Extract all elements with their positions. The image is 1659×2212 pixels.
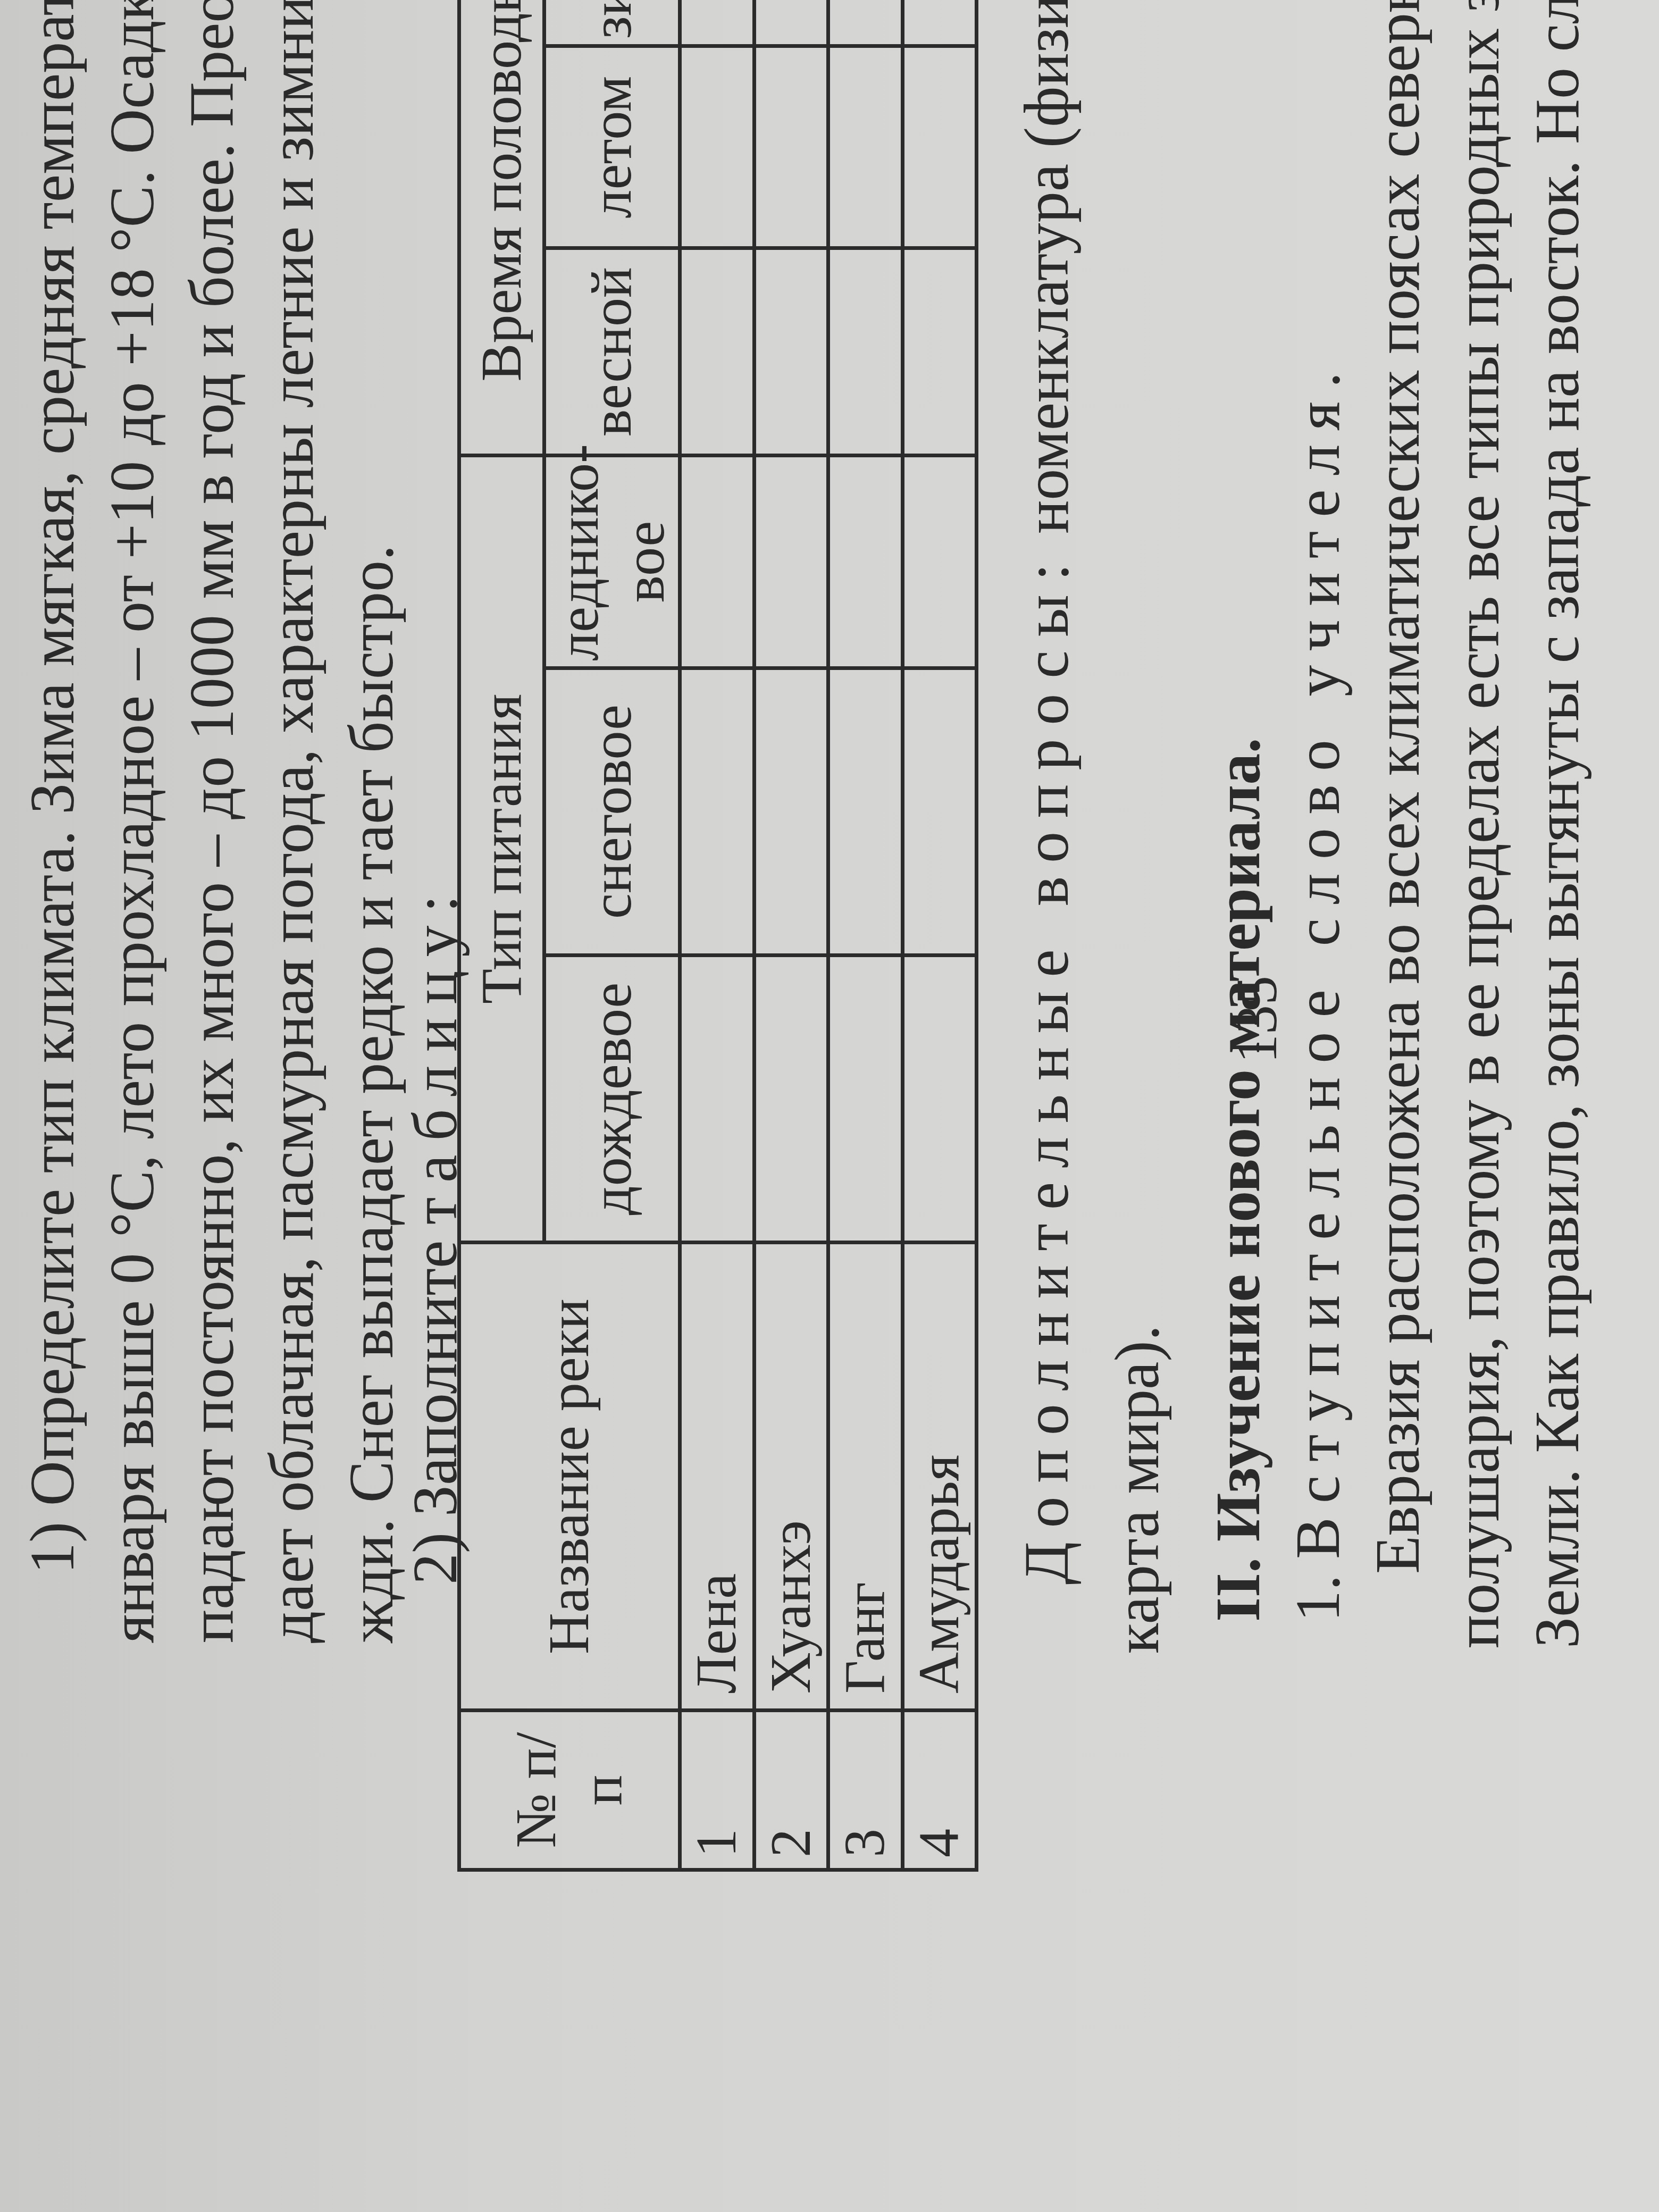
cell-summer[interactable] bbox=[680, 46, 755, 248]
header-feeding-type: Тип питания bbox=[459, 455, 544, 1242]
paragraph-line-3: Земли. Как правило, зоны вытянуты с запа… bbox=[1526, 0, 1589, 1648]
task1-line-4: дает облачная, пасмурная погода, характе… bbox=[261, 0, 323, 1643]
cell-snow[interactable] bbox=[754, 668, 828, 956]
header-flood-time: Время половодья bbox=[459, 0, 544, 455]
cell-spring[interactable] bbox=[902, 248, 977, 455]
cell-winter[interactable] bbox=[828, 0, 903, 46]
header-number: № п/п bbox=[459, 1711, 680, 1870]
textbook-page: 1) Определите тип климата. Зима мягкая, … bbox=[0, 0, 1659, 2212]
cell-summer[interactable] bbox=[902, 46, 977, 248]
cell-spring[interactable] bbox=[754, 248, 828, 455]
subheader-summer: летом bbox=[544, 46, 680, 248]
subsection-number: 1. bbox=[1283, 1575, 1353, 1622]
subheader-snow: снеговое bbox=[544, 668, 680, 956]
cell-rain[interactable] bbox=[754, 956, 828, 1243]
cell-glacier[interactable] bbox=[754, 455, 828, 668]
subheader-rain: дождевое bbox=[544, 956, 680, 1243]
task1-line-5: жди. Снег выпадает редко и тает быстро. bbox=[340, 544, 403, 1643]
subsection-title: Вступительное слово учителя. bbox=[1283, 358, 1353, 1559]
cell-winter[interactable] bbox=[680, 0, 755, 46]
row-number: 1 bbox=[680, 1711, 755, 1870]
cell-winter[interactable] bbox=[902, 0, 977, 46]
subheader-winter: зимой bbox=[544, 0, 680, 46]
page-photo: 1) Определите тип климата. Зима мягкая, … bbox=[0, 0, 1659, 2212]
extra-questions-label: Дополнительные вопросы: bbox=[1012, 549, 1082, 1585]
cell-snow[interactable] bbox=[828, 668, 903, 956]
header-river-name: Название реки bbox=[459, 1243, 680, 1711]
row-number: 3 bbox=[828, 1711, 903, 1870]
subheader-spring: весной bbox=[544, 248, 680, 455]
rivers-table: № п/п Название реки Тип питания Время по… bbox=[457, 0, 978, 1872]
section-heading: II. Изучение нового материала. bbox=[1207, 738, 1270, 1622]
row-number: 4 bbox=[902, 1711, 977, 1870]
cell-summer[interactable] bbox=[754, 46, 828, 248]
cell-spring[interactable] bbox=[828, 248, 903, 455]
task1-line-1: 1) Определите тип климата. Зима мягкая, … bbox=[21, 0, 84, 1574]
table-row: 2 Хуанхэ bbox=[754, 0, 828, 1870]
table-row: 1 Лена bbox=[680, 0, 755, 1870]
river-name: Амударья bbox=[902, 1243, 977, 1711]
extra-questions-line: Дополнительные вопросы: номенклатура (фи… bbox=[1016, 0, 1078, 1585]
cell-glacier[interactable] bbox=[902, 455, 977, 668]
cell-winter[interactable] bbox=[754, 0, 828, 46]
paragraph-line-2: полушария, поэтому в ее пределах есть вс… bbox=[1446, 0, 1509, 1648]
river-name: Лена bbox=[680, 1243, 755, 1711]
subsection-heading: 1. Вступительное слово учителя. bbox=[1287, 358, 1350, 1622]
subheader-glacier: леднико-вое bbox=[544, 455, 680, 668]
cell-rain[interactable] bbox=[828, 956, 903, 1243]
extra-questions-line-2: карта мира). bbox=[1106, 1325, 1169, 1654]
cell-spring[interactable] bbox=[680, 248, 755, 455]
cell-snow[interactable] bbox=[680, 668, 755, 956]
cell-summer[interactable] bbox=[828, 46, 903, 248]
river-name: Хуанхэ bbox=[754, 1243, 828, 1711]
cell-glacier[interactable] bbox=[828, 455, 903, 668]
cell-rain[interactable] bbox=[680, 956, 755, 1243]
cell-snow[interactable] bbox=[902, 668, 977, 956]
paragraph-line-1: Евразия расположена во всех климатически… bbox=[1367, 0, 1429, 1574]
cell-glacier[interactable] bbox=[680, 455, 755, 668]
extra-questions-text: номенклатура (физическая bbox=[1012, 0, 1082, 534]
cell-rain[interactable] bbox=[902, 956, 977, 1243]
table-row: 4 Амударья bbox=[902, 0, 977, 1870]
task1-line-2: января выше 0 °С, лето прохладное – от +… bbox=[101, 0, 164, 1643]
table-row: 3 Ганг bbox=[828, 0, 903, 1870]
page-number: 135 bbox=[1223, 976, 1291, 1063]
task1-line-3: падают постоянно, их много – до 1000 мм … bbox=[181, 0, 244, 1643]
river-name: Ганг bbox=[828, 1243, 903, 1711]
row-number: 2 bbox=[754, 1711, 828, 1870]
